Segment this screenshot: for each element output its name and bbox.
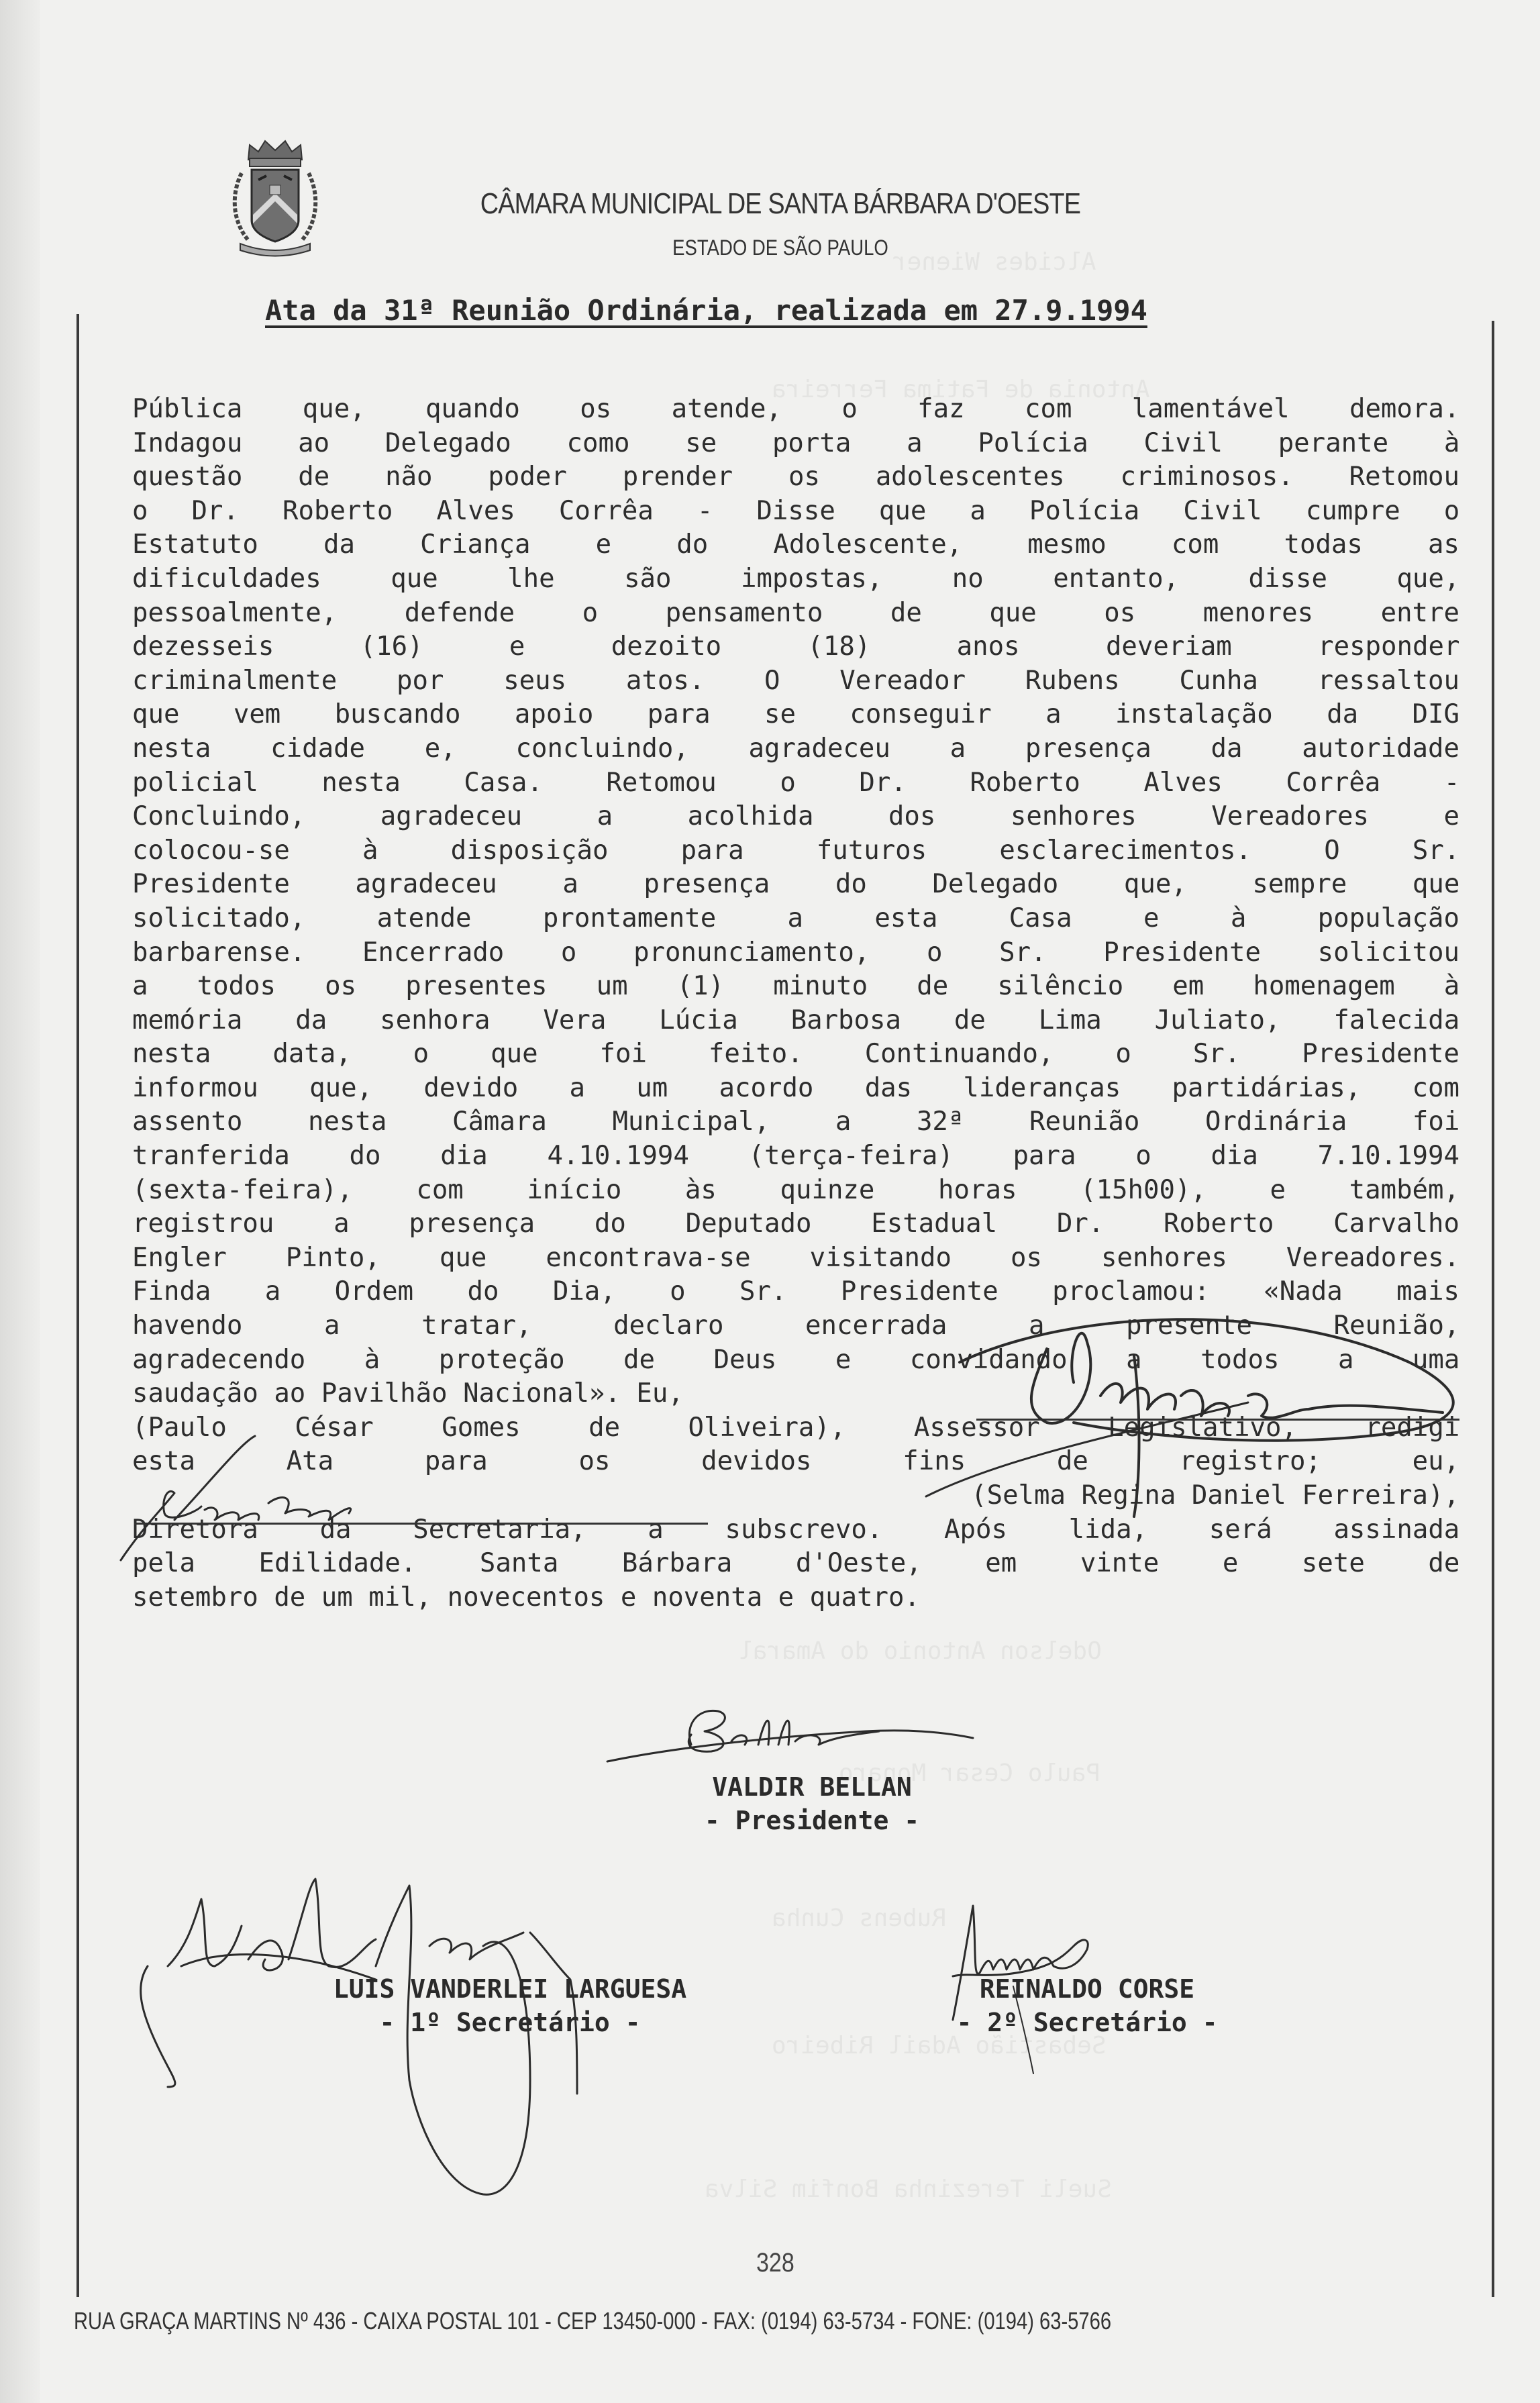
text-line: havendo a tratar, declaro encerrada a pr… xyxy=(132,1309,1459,1343)
text-line: nesta cidade e, concluindo, agradeceu a … xyxy=(132,732,1459,766)
president-name: VALDIR BELLAN xyxy=(584,1772,1040,1802)
first-secretary-signature-block: LUIS VANDERLEI LARGUESA - 1º Secretário … xyxy=(228,1974,792,2037)
institution-name: CÂMARA MUNICIPAL DE SANTA BÁRBARA D'OEST… xyxy=(118,187,1443,221)
president-role: - Presidente - xyxy=(584,1806,1040,1835)
text-line: dezesseis (16) e dezoito (18) anos dever… xyxy=(132,630,1459,664)
text-line: registrou a presença do Deputado Estadua… xyxy=(132,1207,1459,1241)
right-margin-rule xyxy=(1492,321,1494,2297)
president-signature-block: VALDIR BELLAN - Presidente - xyxy=(584,1772,1040,1835)
text-line: assento nesta Câmara Municipal, a 32ª Re… xyxy=(132,1105,1459,1139)
state-name: ESTADO DE SÃO PAULO xyxy=(118,236,1443,260)
second-secretary-role: - 2º Secretário - xyxy=(899,2008,1275,2037)
text-line: Presidente agradeceu a presença do Deleg… xyxy=(132,868,1459,902)
text-line: setembro de um mil, novecentos e noventa… xyxy=(132,1581,1459,1615)
director-signature-line xyxy=(134,1523,708,1525)
first-secretary-role: - 1º Secretário - xyxy=(228,2008,792,2037)
second-secretary-name: REINALDO CORSE xyxy=(899,1974,1275,2004)
text-line: questão de não poder prender os adolesce… xyxy=(132,460,1459,495)
text-line: saudação ao Pavilhão Nacional». Eu, xyxy=(132,1377,1459,1411)
text-line: Indagou ao Delegado como se porta a Polí… xyxy=(132,427,1459,461)
scan-edge-shadow xyxy=(0,0,40,2403)
document-title: Ata da 31ª Reunião Ordinária, realizada … xyxy=(265,294,1325,327)
text-line: barbarense. Encerrado o pronunciamento, … xyxy=(132,936,1459,970)
text-line: Engler Pinto, que encontrava-se visitand… xyxy=(132,1241,1459,1276)
text-line: (sexta-feira), com início às quinze hora… xyxy=(132,1174,1459,1208)
text-line: informou que, devido a um acordo das lid… xyxy=(132,1072,1459,1106)
text-line: Concluindo, agradeceu a acolhida dos sen… xyxy=(132,800,1459,834)
text-line: nesta data, o que foi feito. Continuando… xyxy=(132,1037,1459,1072)
text-line: memória da senhora Vera Lúcia Barbosa de… xyxy=(132,1004,1459,1038)
text-line: solicitado, atende prontamente a esta Ca… xyxy=(132,902,1459,936)
text-line: o Dr. Roberto Alves Corrêa - Disse que a… xyxy=(132,495,1459,529)
text-line: policial nesta Casa. Retomou o Dr. Rober… xyxy=(132,766,1459,801)
president-signature-icon xyxy=(607,1710,973,1761)
text-line: agradecendo à proteção de Deus e convida… xyxy=(132,1343,1459,1378)
page-number: 328 xyxy=(121,2248,1430,2278)
text-line: colocou-se à disposição para futuros esc… xyxy=(132,834,1459,868)
left-margin-rule xyxy=(76,314,79,2297)
text-line: Diretora da Secretaria, a subscrevo. Apó… xyxy=(132,1513,1459,1547)
text-line: Estatuto da Criança e do Adolescente, me… xyxy=(132,528,1459,562)
footer-address: RUA GRAÇA MARTINS Nº 436 - CAIXA POSTAL … xyxy=(74,2307,1111,2335)
first-secretary-name: LUIS VANDERLEI LARGUESA xyxy=(228,1974,792,2004)
bleed-through-text: Odelson Antonio do Amaral xyxy=(738,1637,1102,1665)
text-line: pessoalmente, defende o pensamento de qu… xyxy=(132,597,1459,631)
bleed-through-text: Rubens Cunha xyxy=(772,1904,946,1932)
text-line: (Paulo César Gomes de Oliveira), Assesso… xyxy=(132,1411,1459,1445)
second-secretary-signature-block: REINALDO CORSE - 2º Secretário - xyxy=(899,1974,1275,2037)
text-line: pela Edilidade. Santa Bárbara d'Oeste, e… xyxy=(132,1547,1459,1581)
text-line: Finda a Ordem do Dia, o Sr. Presidente p… xyxy=(132,1275,1459,1309)
text-line: que vem buscando apoio para se conseguir… xyxy=(132,698,1459,732)
text-line: dificuldades que lhe são impostas, no en… xyxy=(132,562,1459,597)
text-line: esta Ata para os devidos fins de registr… xyxy=(132,1445,1459,1479)
text-line: a todos os presentes um (1) minuto de si… xyxy=(132,970,1459,1004)
text-line: criminalmente por seus atos. O Vereador … xyxy=(132,664,1459,699)
text-line: (Selma Regina Daniel Ferreira), xyxy=(132,1479,1459,1513)
text-line: Pública que, quando os atende, o faz com… xyxy=(132,393,1459,427)
minutes-body: Pública que, quando os atende, o faz com… xyxy=(132,393,1459,1615)
text-line: tranferida do dia 4.10.1994 (terça-feira… xyxy=(132,1139,1459,1174)
writer-signature-line xyxy=(976,1419,1459,1421)
bleed-through-text: Sueli Terezinha Bonfim Silva xyxy=(705,2176,1112,2203)
